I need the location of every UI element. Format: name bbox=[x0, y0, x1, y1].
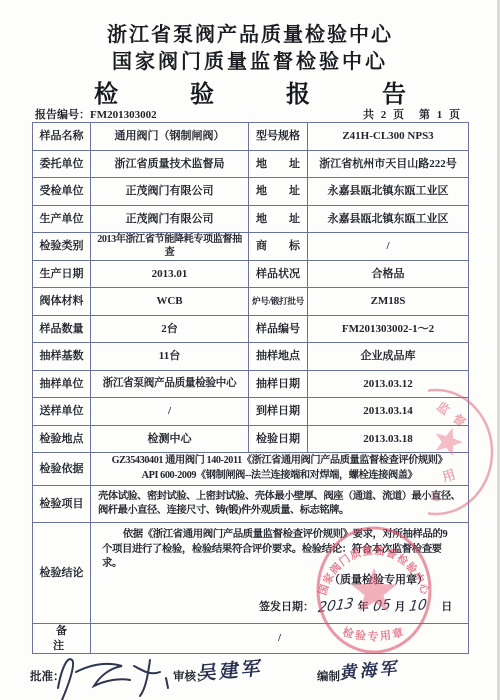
field-label: 送样单位 bbox=[33, 398, 91, 426]
field-value: 11台 bbox=[91, 343, 249, 371]
field-value: / bbox=[308, 233, 469, 261]
field-label: 地 址 bbox=[249, 205, 308, 233]
table-row: 生产单位正茂阀门有限公司地 址永嘉县瓯北镇东瓯工业区 bbox=[33, 205, 469, 233]
field-label: 到样日期 bbox=[249, 398, 308, 426]
field-value: 合格品 bbox=[308, 260, 469, 288]
field-label: 受检单位 bbox=[33, 178, 91, 206]
table-row: 受检单位正茂阀门有限公司地 址永嘉县瓯北镇东瓯工业区 bbox=[33, 178, 469, 206]
report-title: 检 验 报 告 bbox=[0, 74, 500, 109]
table-row: 检验类别2013年浙江省节能降耗专项监督抽查商 标/ bbox=[33, 233, 469, 261]
year-char: 年 bbox=[358, 601, 369, 613]
field-value: 2013.01 bbox=[91, 260, 249, 288]
field-label: 委托单位 bbox=[33, 150, 91, 178]
page-count: 共 2 页 第 1 页 bbox=[363, 106, 462, 122]
report-number-value: FM201303002 bbox=[90, 109, 157, 121]
org-title-1: 浙江省泵阀产品质量检验中心 bbox=[0, 18, 500, 47]
conclusion-text: 依据《浙江省通用阀门产品质量监督检查评价规则》要求，对所抽样品的9个项目进行了检… bbox=[93, 523, 466, 572]
field-label: 阀体材料 bbox=[33, 288, 91, 316]
table-row: 抽样单位浙江省泵阀产品质量检验中心抽样日期2013.03.12 bbox=[33, 370, 469, 398]
field-value: Z41H-CL300 NPS3 bbox=[308, 123, 469, 151]
review-signature: 吴建军 bbox=[196, 653, 265, 686]
field-label: 生产单位 bbox=[33, 205, 91, 233]
field-label: 检验日期 bbox=[249, 425, 308, 453]
field-value: 浙江省质量技术监督局 bbox=[91, 150, 249, 178]
field-value: 2台 bbox=[91, 315, 249, 343]
handwritten-day: 10 bbox=[408, 596, 428, 617]
inspection-items-row: 检验项目 壳体试验、密封试验、上密封试验、壳体最小壁厚、阀座（通道、流道）最小直… bbox=[33, 486, 469, 523]
field-label: 抽样单位 bbox=[33, 370, 91, 398]
field-value: 永嘉县瓯北镇东瓯工业区 bbox=[308, 205, 469, 233]
field-value: 2013年浙江省节能降耗专项监督抽查 bbox=[91, 233, 249, 261]
seal-note: （质量检验专用章） bbox=[329, 573, 428, 587]
field-label: 抽样地点 bbox=[249, 343, 308, 371]
signature-footer: 批准： 审核： 吴建军 编制： 黄海军 bbox=[0, 648, 500, 700]
field-label: 检验类别 bbox=[33, 233, 91, 261]
table-row: 检验地点检测中心检验日期2013.03.18 bbox=[33, 425, 469, 453]
field-value: / bbox=[91, 398, 249, 426]
issue-date-line: 签发日期：2013年05月10日 bbox=[259, 597, 452, 615]
info-table: 样品名称通用阀门（钢制闸阀）型号规格Z41H-CL300 NPS3 委托单位浙江… bbox=[32, 122, 469, 654]
conclusion-cell: 依据《浙江省通用阀门产品质量监督检查评价规则》要求，对所抽样品的9个项目进行了检… bbox=[91, 523, 469, 624]
field-label: 样品数量 bbox=[33, 315, 91, 343]
inspection-report-page: 浙江省泵阀产品质量检验中心 国家阀门质量监督检验中心 检 验 报 告 报告编号：… bbox=[0, 0, 500, 700]
handwritten-month: 05 bbox=[372, 596, 392, 617]
field-value: ZM18S bbox=[308, 288, 469, 316]
field-value: 检测中心 bbox=[91, 425, 249, 453]
report-number-label: 报告编号： bbox=[35, 109, 90, 121]
field-value: 企业成品库 bbox=[308, 343, 469, 371]
day-char: 日 bbox=[441, 601, 452, 613]
handwritten-year: 2013 bbox=[317, 595, 355, 618]
field-label: 商 标 bbox=[249, 233, 308, 261]
table-row: 抽样基数11台抽样地点企业成品库 bbox=[33, 343, 469, 371]
field-label: 检验结论 bbox=[33, 523, 91, 624]
field-label: 生产日期 bbox=[33, 260, 91, 288]
field-value: 浙江省泵阀产品质量检验中心 bbox=[91, 370, 249, 398]
field-label: 检验依据 bbox=[33, 453, 91, 486]
approve-signature bbox=[48, 648, 176, 700]
month-char: 月 bbox=[394, 601, 405, 613]
inspection-basis-value: GZ35430401 通用阀门 140-2011《浙江省通用阀门产品质量监督检查… bbox=[91, 453, 469, 486]
field-value: 正茂阀门有限公司 bbox=[91, 205, 249, 233]
table-row: 生产日期2013.01样品状况合格品 bbox=[33, 260, 469, 288]
field-label: 样品状况 bbox=[249, 260, 308, 288]
report-meta-row: 报告编号：FM201303002 共 2 页 第 1 页 bbox=[35, 106, 462, 122]
field-label: 抽样日期 bbox=[249, 370, 308, 398]
field-value: 正茂阀门有限公司 bbox=[91, 178, 249, 206]
field-value: 2013.03.12 bbox=[308, 370, 469, 398]
field-value: 浙江省杭州市天目山路222号 bbox=[308, 150, 469, 178]
basis-line-2: API 600-2009《钢制闸阀--法兰连接端和对焊端，螺栓连接阀盖》 bbox=[93, 469, 466, 484]
field-value: 通用阀门（钢制闸阀） bbox=[91, 123, 249, 151]
table-row: 样品数量2台样品编号FM201303002-1～2 bbox=[33, 315, 469, 343]
field-label: 炉号/锻打批号 bbox=[249, 288, 308, 316]
table-row: 阀体材料WCB炉号/锻打批号ZM18S bbox=[33, 288, 469, 316]
org-title-2: 国家阀门质量监督检验中心 bbox=[0, 45, 500, 74]
field-value: FM201303002-1～2 bbox=[308, 315, 469, 343]
field-value: WCB bbox=[91, 288, 249, 316]
inspection-basis-row: 检验依据 GZ35430401 通用阀门 140-2011《浙江省通用阀门产品质… bbox=[33, 453, 469, 486]
field-value: 永嘉县瓯北镇东瓯工业区 bbox=[308, 178, 469, 206]
compile-signature: 黄海军 bbox=[340, 653, 403, 684]
inspection-items-value: 壳体试验、密封试验、上密封试验、壳体最小壁厚、阀座（通道、流道）最小直径、阀杆最… bbox=[91, 486, 469, 523]
field-label: 抽样基数 bbox=[33, 343, 91, 371]
field-label: 地 址 bbox=[249, 178, 308, 206]
field-label: 样品编号 bbox=[249, 315, 308, 343]
field-value: 2013.03.14 bbox=[308, 398, 469, 426]
report-number: 报告编号：FM201303002 bbox=[35, 106, 157, 122]
field-label: 样品名称 bbox=[33, 123, 91, 151]
conclusion-row: 检验结论 依据《浙江省通用阀门产品质量监督检查评价规则》要求，对所抽样品的9个项… bbox=[33, 523, 469, 624]
issue-date-label: 签发日期： bbox=[259, 601, 314, 613]
table-row: 送样单位/到样日期2013.03.14 bbox=[33, 398, 469, 426]
basis-line-1: GZ35430401 通用阀门 140-2011《浙江省通用阀门产品质量监督检查… bbox=[93, 454, 466, 469]
table-row: 委托单位浙江省质量技术监督局地 址浙江省杭州市天目山路222号 bbox=[33, 150, 469, 178]
field-label: 检验地点 bbox=[33, 425, 91, 453]
table-row: 样品名称通用阀门（钢制闸阀）型号规格Z41H-CL300 NPS3 bbox=[33, 123, 469, 151]
field-label: 型号规格 bbox=[249, 123, 308, 151]
field-value: 2013.03.18 bbox=[308, 425, 469, 453]
field-label: 检验项目 bbox=[33, 486, 91, 523]
field-label: 地 址 bbox=[249, 150, 308, 178]
